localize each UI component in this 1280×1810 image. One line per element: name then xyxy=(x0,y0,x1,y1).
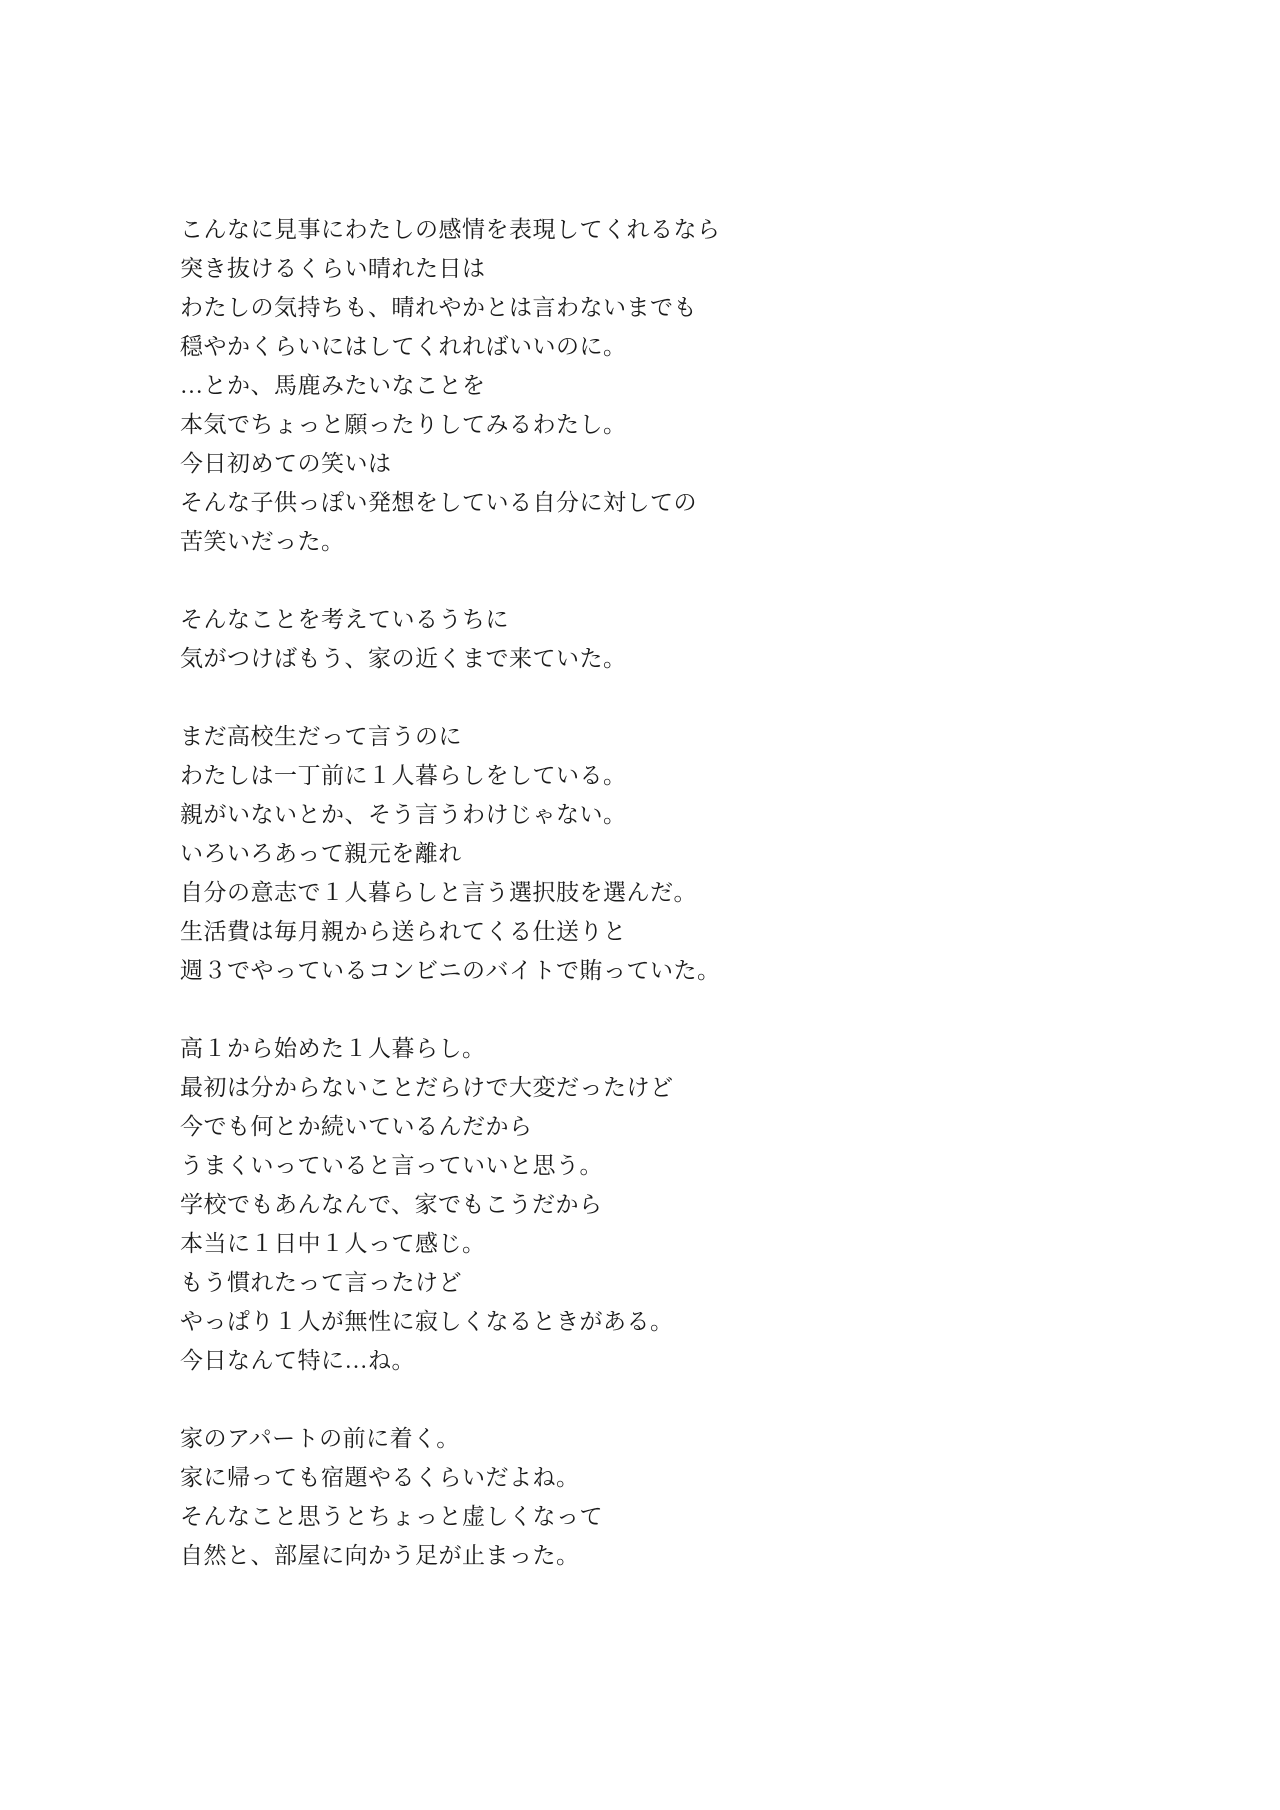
text-line: 自分の意志で１人暮らしと言う選択肢を選んだ。 xyxy=(180,873,1120,912)
text-line: わたしは一丁前に１人暮らしをしている。 xyxy=(180,756,1120,795)
text-line: そんな子供っぽい発想をしている自分に対しての xyxy=(180,483,1120,522)
paragraph: 高１から始めた１人暮らし。最初は分からないことだらけで大変だったけど今でも何とか… xyxy=(180,1029,1120,1380)
text-line: …とか、馬鹿みたいなことを xyxy=(180,366,1120,405)
text-line: こんなに見事にわたしの感情を表現してくれるなら xyxy=(180,210,1120,249)
text-line: 本当に１日中１人って感じ。 xyxy=(180,1224,1120,1263)
text-line: 家のアパートの前に着く。 xyxy=(180,1419,1120,1458)
text-line: 生活費は毎月親から送られてくる仕送りと xyxy=(180,912,1120,951)
text-line: うまくいっていると言っていいと思う。 xyxy=(180,1146,1120,1185)
text-line: そんなことを考えているうちに xyxy=(180,600,1120,639)
text-line: 苦笑いだった。 xyxy=(180,522,1120,561)
text-line: 家に帰っても宿題やるくらいだよね。 xyxy=(180,1458,1120,1497)
text-line: 今でも何とか続いているんだから xyxy=(180,1107,1120,1146)
paragraph: そんなことを考えているうちに気がつけばもう、家の近くまで来ていた。 xyxy=(180,600,1120,678)
text-line: 最初は分からないことだらけで大変だったけど xyxy=(180,1068,1120,1107)
text-line: もう慣れたって言ったけど xyxy=(180,1263,1120,1302)
text-line: まだ高校生だって言うのに xyxy=(180,717,1120,756)
text-line: 本気でちょっと願ったりしてみるわたし。 xyxy=(180,405,1120,444)
text-line: そんなこと思うとちょっと虚しくなって xyxy=(180,1497,1120,1536)
paragraph: こんなに見事にわたしの感情を表現してくれるなら突き抜けるくらい晴れた日はわたしの… xyxy=(180,210,1120,561)
paragraph: 家のアパートの前に着く。家に帰っても宿題やるくらいだよね。そんなこと思うとちょっ… xyxy=(180,1419,1120,1575)
text-line: 自然と、部屋に向かう足が止まった。 xyxy=(180,1536,1120,1575)
text-line: 今日初めての笑いは xyxy=(180,444,1120,483)
text-block: こんなに見事にわたしの感情を表現してくれるなら突き抜けるくらい晴れた日はわたしの… xyxy=(180,210,1120,1575)
text-line: 親がいないとか、そう言うわけじゃない。 xyxy=(180,795,1120,834)
text-line: 学校でもあんなんで、家でもこうだから xyxy=(180,1185,1120,1224)
text-line: 穏やかくらいにはしてくれればいいのに。 xyxy=(180,327,1120,366)
text-line: 気がつけばもう、家の近くまで来ていた。 xyxy=(180,639,1120,678)
text-line: 突き抜けるくらい晴れた日は xyxy=(180,249,1120,288)
document-page: こんなに見事にわたしの感情を表現してくれるなら突き抜けるくらい晴れた日はわたしの… xyxy=(0,0,1280,1810)
text-line: 週３でやっているコンビニのバイトで賄っていた。 xyxy=(180,951,1120,990)
text-line: 高１から始めた１人暮らし。 xyxy=(180,1029,1120,1068)
text-line: 今日なんて特に…ね。 xyxy=(180,1341,1120,1380)
text-line: わたしの気持ちも、晴れやかとは言わないまでも xyxy=(180,288,1120,327)
text-line: いろいろあって親元を離れ xyxy=(180,834,1120,873)
paragraph: まだ高校生だって言うのにわたしは一丁前に１人暮らしをしている。親がいないとか、そ… xyxy=(180,717,1120,990)
text-line: やっぱり１人が無性に寂しくなるときがある。 xyxy=(180,1302,1120,1341)
